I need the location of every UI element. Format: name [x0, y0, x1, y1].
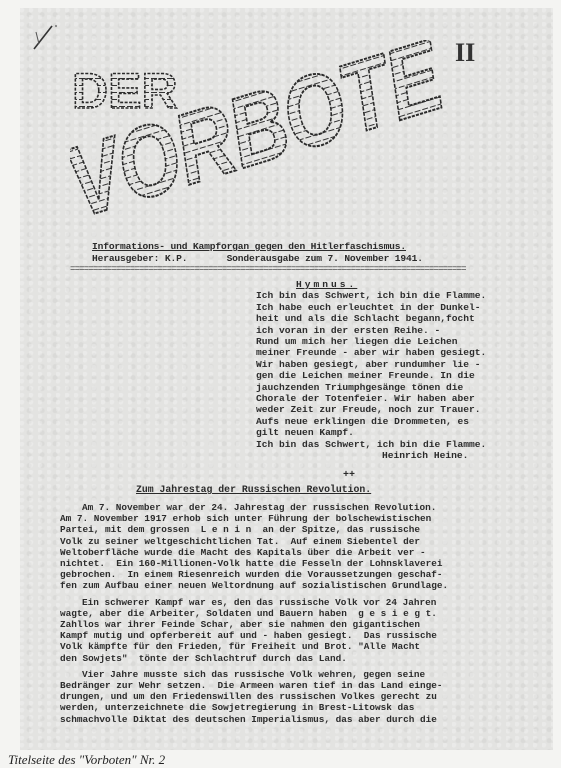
article-line: wagte, aber die Arbeiter, Soldaten und B… [60, 608, 540, 619]
article-line: Weltoberfläche wurde die Macht des Kapit… [60, 547, 540, 558]
article-line: Volk zu seiner weltgeschichtlichen Tat. … [60, 536, 540, 547]
poem-line: Chorale der Totenfeier. Wir haben aber [256, 393, 546, 404]
section-divider: ++ [343, 470, 355, 481]
article-line: Volk kämpfte für den Frieden, für Freihe… [60, 641, 540, 652]
publisher-line: Herausgeber: K.P. Sonderausgabe zum 7. N… [92, 253, 423, 264]
poem-author: Heinrich Heine. [256, 450, 546, 461]
article-line: Partei, mit dem grossen L e n i n an der… [60, 524, 540, 535]
article-line: Zahllos war ihrer Feinde Schar, aber sie… [60, 619, 540, 630]
article-line: Ein schwerer Kampf war es, den das russi… [60, 597, 540, 608]
article-title: Zum Jahrestag der Russischen Revolution. [136, 484, 371, 495]
poem-line: Ich bin das Schwert, ich bin die Flamme. [256, 290, 546, 301]
article-paragraph: Ein schwerer Kampf war es, den das russi… [60, 597, 540, 664]
article-body: Am 7. November war der 24. Jahrestag der… [60, 502, 540, 730]
article-line: werden, unterzeichnete die Sowjetregieru… [60, 702, 540, 713]
poem-lines: Ich bin das Schwert, ich bin die Flamme.… [256, 290, 546, 450]
article-line: nichtet. Ein 160-Millionen-Volk hatte di… [60, 558, 540, 569]
poem-line: Ich habe euch erleuchtet in der Dunkel- [256, 302, 546, 313]
poem-line: gilt neuen Kampf. [256, 427, 546, 438]
poem-line: Ich bin das Schwert, ich bin die Flamme. [256, 439, 546, 450]
poem-line: heit und als die Schlacht begann,focht [256, 313, 546, 324]
article-line: den Sowjets" tönte der Schlachtruf durch… [60, 653, 540, 664]
article-line: drungen, und um den Friedenswillen des r… [60, 691, 540, 702]
article-paragraph: Am 7. November war der 24. Jahrestag der… [60, 502, 540, 592]
masthead-logo: DER VORBOTE [70, 40, 470, 240]
figure-caption: Titelseite des "Vorboten" Nr. 2 [8, 752, 165, 768]
poem-line: gen die Leichen meiner Freunde. In die [256, 370, 546, 381]
article-line: schmachvolle Diktat des deutschen Imperi… [60, 714, 540, 725]
poem-line: meiner Freunde - aber wir haben gesiegt. [256, 347, 546, 358]
poem-line: Rund um mich her liegen die Leichen [256, 336, 546, 347]
article-line: Kampf mutig und opferbereit auf und - ha… [60, 630, 540, 641]
poem-line: weder Zeit zur Freude, noch zur Trauer. [256, 404, 546, 415]
poem-line: Wir haben gesiegt, aber rundumher lie - [256, 359, 546, 370]
article-line: gebrochen. In einem Riesenreich wurden d… [60, 569, 540, 580]
article-line: Am 7. November 1917 erhob sich unter Füh… [60, 513, 540, 524]
article-line: Am 7. November war der 24. Jahrestag der… [60, 502, 540, 513]
subtitle: Informations- und Kampforgan gegen den H… [92, 241, 406, 252]
article-line: Vier Jahre musste sich das russische Vol… [60, 669, 540, 680]
poem-line: ich voran in der ersten Reihe. - [256, 325, 546, 336]
margin-check-mark-icon [30, 22, 60, 50]
article-line: fen zum Aufbau einer neuen Weltordnung a… [60, 580, 540, 591]
poem-line: jauchzenden Triumphgesänge tönen die [256, 382, 546, 393]
poem-title: Hymnus. [296, 279, 546, 290]
poem-line: Aufs neue erklingen die Drommeten, es [256, 416, 546, 427]
separator-rule: ========================================… [70, 264, 487, 274]
poem-block: Hymnus. Ich bin das Schwert, ich bin die… [256, 279, 546, 462]
issue-number: II [455, 38, 475, 68]
article-line: Bedränger zur Wehr setzen. Die Armeen wa… [60, 680, 540, 691]
article-paragraph: Vier Jahre musste sich das russische Vol… [60, 669, 540, 725]
